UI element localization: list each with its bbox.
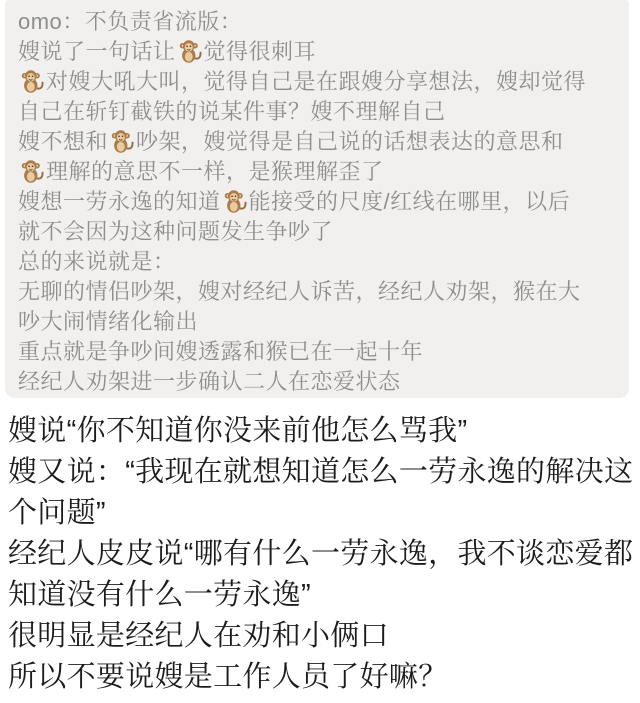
- main-text-block: 嫂说“你不知道你没来前他怎么骂我”嫂又说：“我现在就想知道怎么一劳永逸的解决这个…: [8, 411, 636, 698]
- main-text-line: 嫂又说：“我现在就想知道怎么一劳永逸的解决这: [8, 452, 636, 493]
- post-screenshot: { "quote_block": { "bg_color": "#f1f0ee"…: [0, 0, 640, 703]
- quote-line: 无聊的情侣吵架，嫂对经纪人诉苦，经纪人劝架，猴在大: [18, 277, 616, 307]
- monkey-emoji-icon: [109, 128, 135, 154]
- monkey-emoji-icon: [177, 38, 203, 64]
- main-text-line: 知道没有什么一劳永逸”: [8, 575, 636, 616]
- quote-line: 重点就是争吵间嫂透露和猴已在一起十年: [18, 337, 616, 367]
- quote-line: omo：不负责省流版：: [18, 7, 616, 37]
- quote-line: 经纪人劝架进一步确认二人在恋爱状态: [18, 367, 616, 397]
- monkey-emoji-icon: [19, 158, 45, 184]
- quote-line: 对嫂大吼大叫，觉得自己是在跟嫂分享想法，嫂却觉得: [18, 67, 616, 97]
- main-text-line: 很明显是经纪人在劝和小俩口: [8, 616, 636, 657]
- quote-line: 理解的意思不一样，是猴理解歪了: [18, 157, 616, 187]
- quote-line: 嫂说了一句话让觉得很刺耳: [18, 37, 616, 67]
- quote-line: 嫂想一劳永逸的知道能接受的尺度/红线在哪里，以后: [18, 187, 616, 217]
- main-text-line: 个问题”: [8, 493, 636, 534]
- quote-line: 嫂不想和吵架，嫂觉得是自己说的话想表达的意思和: [18, 127, 616, 157]
- main-text-line: 经纪人皮皮说“哪有什么一劳永逸，我不谈恋爱都: [8, 534, 636, 575]
- main-text-line: 嫂说“你不知道你没来前他怎么骂我”: [8, 411, 636, 452]
- quote-line: 总的来说就是：: [18, 247, 616, 277]
- main-text-line: 所以不要说嫂是工作人员了好嘛？: [8, 657, 636, 698]
- monkey-emoji-icon: [222, 188, 248, 214]
- quote-line: 吵大闹情绪化输出: [18, 307, 616, 337]
- quote-block: omo：不负责省流版：嫂说了一句话让觉得很刺耳对嫂大吼大叫，觉得自己是在跟嫂分享…: [5, 0, 629, 398]
- quote-line: 就不会因为这种问题发生争吵了: [18, 217, 616, 247]
- monkey-emoji-icon: [19, 68, 45, 94]
- quote-line: 自己在斩钉截铁的说某件事？嫂不理解自己: [18, 97, 616, 127]
